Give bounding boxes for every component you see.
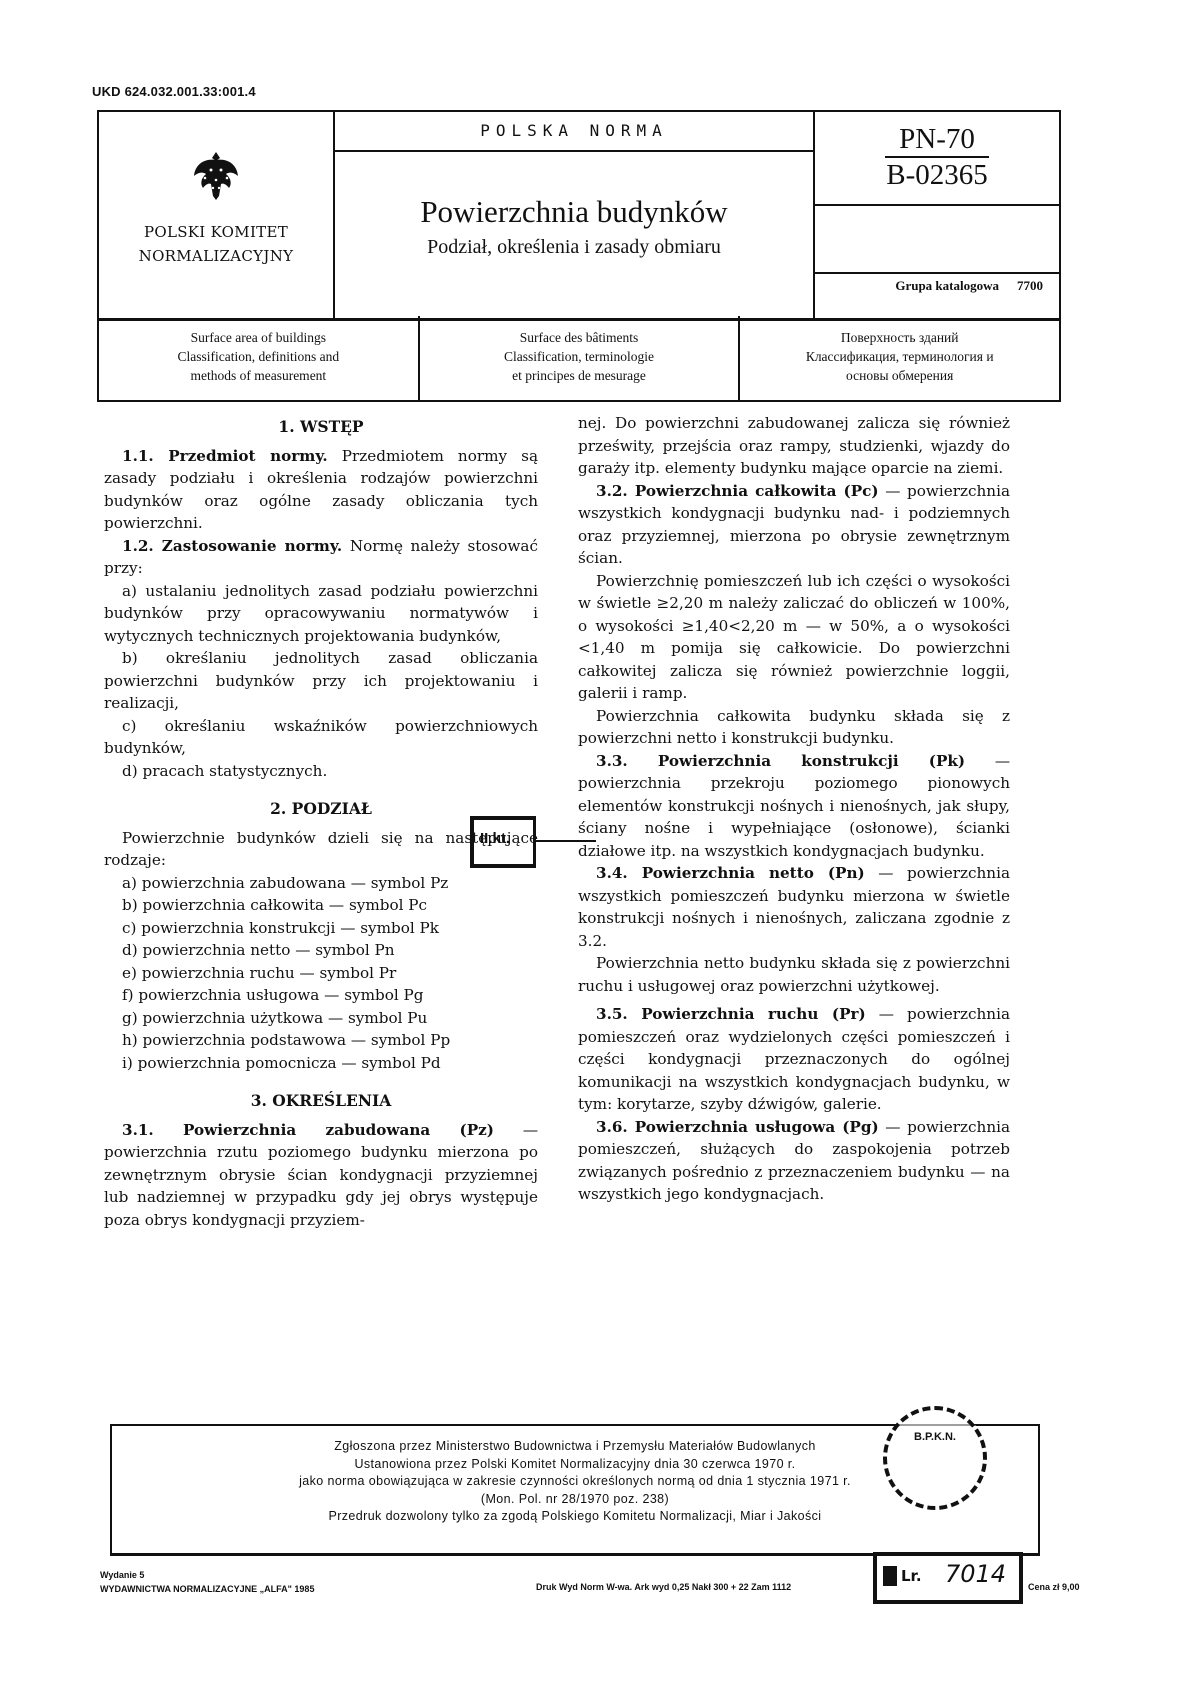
paragraph-built-up-area-cont: nej. Do powierzchni zabudowanej zalicza … (578, 412, 1010, 480)
document-subtitle: Podział, określenia i zasady obmiaru (335, 236, 813, 259)
inventory-number-box: Lr. 7014 (873, 1552, 1023, 1604)
translation-english: Surface area of buildings Classification… (99, 316, 418, 400)
standard-header-box: POLSKI KOMITET NORMALIZACYJNY POLSKA NOR… (97, 110, 1061, 321)
paragraph-construction-area: 3.3. Powierzchnia konstrukcji (Pk) — pow… (578, 750, 1010, 863)
list-item: c) określaniu wskaźników powierzchniowyc… (104, 715, 538, 760)
print-info: Druk Wyd Norm W-wa. Ark wyd 0,25 Nakł 30… (536, 1582, 791, 1592)
list-item: b) powierzchnia całkowita — symbol Pc (104, 894, 538, 917)
paragraph-circulation-area: 3.5. Powierzchnia ruchu (Pr) — powierzch… (578, 1003, 1010, 1116)
list-item: a) ustalaniu jednolitych zasad podziału … (104, 580, 538, 648)
list-item: f) powierzchnia usługowa — symbol Pg (104, 984, 538, 1007)
title-translations: Surface area of buildings Classification… (97, 316, 1061, 402)
section-heading-intro: 1. WSTĘP (104, 416, 538, 439)
list-item: c) powierzchnia konstrukcji — symbol Pk (104, 917, 538, 940)
standard-banner: POLSKA NORMA (335, 112, 813, 152)
divider (815, 272, 1059, 274)
paragraph-net-composition: Powierzchnia netto budynku składa się z … (578, 952, 1010, 997)
list-item: d) powierzchnia netto — symbol Pn (104, 939, 538, 962)
list-item: d) pracach statystycznych. (104, 760, 538, 783)
list-item: h) powierzchnia podstawowa — symbol Pp (104, 1029, 538, 1052)
paragraph-height-rules: Powierzchnię pomieszczeń lub ich części … (578, 570, 1010, 705)
list-item: i) powierzchnia pomocnicza — symbol Pd (104, 1052, 538, 1075)
paragraph-service-area: 3.6. Powierzchnia usługowa (Pg) — powier… (578, 1116, 1010, 1206)
divider (815, 204, 1059, 206)
paragraph-total-composition: Powierzchnia całkowita budynku składa si… (578, 705, 1010, 750)
right-text-column: nej. Do powierzchni zabudowanej zalicza … (578, 412, 1010, 1206)
paragraph-built-up-area: 3.1. Powierzchnia zabudowana (Pz) — powi… (104, 1119, 538, 1232)
title-panel: POLSKA NORMA Powierzchnia budynków Podzi… (335, 112, 815, 318)
section-heading-definitions: 3. OKREŚLENIA (104, 1090, 538, 1113)
list-item: a) powierzchnia zabudowana — symbol Pz (104, 872, 538, 895)
committee-name: POLSKI KOMITET NORMALIZACYJNY (99, 220, 333, 268)
price: Cena zł 9,00 (1028, 1582, 1080, 1592)
paragraph-total-area: 3.2. Powierzchnia całkowita (Pc) — powie… (578, 480, 1010, 570)
imprint: Wydanie 5 WYDAWNICTWA NORMALIZACYJNE „AL… (100, 1568, 314, 1596)
library-stamp-icon: B.P.K.N. (883, 1406, 987, 1510)
paragraph-subject: 1.1. Przedmiot normy. Przedmiotem normy … (104, 445, 538, 535)
translation-french: Surface des bâtiments Classification, te… (418, 316, 739, 400)
handwritten-number: 7014 (945, 1554, 1006, 1594)
list-item: g) powierzchnia użytkowa — symbol Pu (104, 1007, 538, 1030)
margin-annotation: II.kt. (470, 816, 536, 868)
document-title: Powierzchnia budynków (335, 194, 813, 230)
translation-russian: Поверхность зданий Классификация, термин… (738, 316, 1059, 400)
paragraph-net-area: 3.4. Powierzchnia netto (Pn) — powierzch… (578, 862, 1010, 952)
committee-panel: POLSKI KOMITET NORMALIZACYJNY (99, 112, 335, 318)
paragraph-application: 1.2. Zastosowanie normy. Normę należy st… (104, 535, 538, 580)
ink-mark-icon (883, 1566, 897, 1586)
list-item: b) określaniu jednolitych zasad obliczan… (104, 647, 538, 715)
polish-eagle-icon (191, 150, 241, 202)
list-item: e) powierzchnia ruchu — symbol Pr (104, 962, 538, 985)
standard-code: PN-70 B-02365 (815, 122, 1059, 192)
standard-code-panel: PN-70 B-02365 Grupa katalogowa7700 (815, 112, 1059, 318)
catalog-group: Grupa katalogowa7700 (815, 278, 1059, 294)
udc-classification: UKD 624.032.001.33:001.4 (92, 84, 256, 99)
